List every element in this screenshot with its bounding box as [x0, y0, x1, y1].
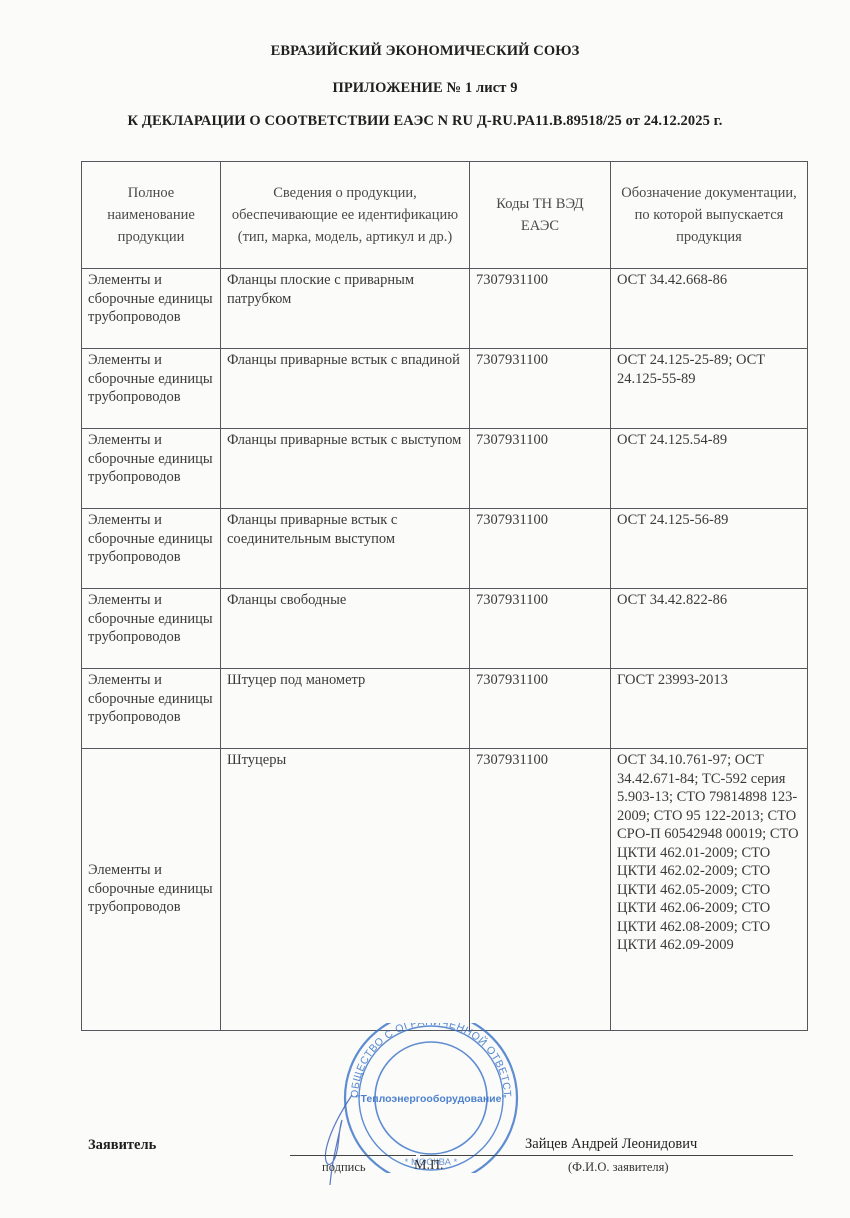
table-header-row: Полное наименование продукции Сведения о… [82, 162, 808, 269]
name-caption: (Ф.И.О. заявителя) [568, 1160, 669, 1175]
svg-text:"Теплоэнергооборудование": "Теплоэнергооборудование" [356, 1093, 507, 1105]
product-info: Фланцы приварные встык с выступом [221, 429, 470, 509]
product-name: Элементы и сборочные единицы трубопровод… [82, 269, 221, 349]
product-doc: ОСТ 24.125-56-89 [611, 509, 808, 589]
products-table: Полное наименование продукции Сведения о… [81, 161, 808, 1031]
product-name: Элементы и сборочные единицы трубопровод… [82, 749, 221, 1031]
product-name: Элементы и сборочные единицы трубопровод… [82, 509, 221, 589]
name-line [420, 1155, 793, 1156]
product-info: Штуцеры [221, 749, 470, 1031]
signature-line [290, 1155, 416, 1156]
product-doc: ОСТ 24.125.54-89 [611, 429, 808, 509]
table-row: Элементы и сборочные единицы трубопровод… [82, 349, 808, 429]
product-info: Фланцы приварные встык с впадиной [221, 349, 470, 429]
product-info: Фланцы свободные [221, 589, 470, 669]
product-code: 7307931100 [470, 349, 611, 429]
product-code: 7307931100 [470, 429, 611, 509]
product-code: 7307931100 [470, 509, 611, 589]
seal-caption: М.П. [414, 1158, 444, 1174]
product-name: Элементы и сборочные единицы трубопровод… [82, 589, 221, 669]
product-name: Элементы и сборочные единицы трубопровод… [82, 669, 221, 749]
column-header-code: Коды ТН ВЭД ЕАЭС [470, 162, 611, 269]
table-row: Элементы и сборочные единицы трубопровод… [82, 429, 808, 509]
product-code: 7307931100 [470, 749, 611, 1031]
declaration-page: ЕВРАЗИЙСКИЙ ЭКОНОМИЧЕСКИЙ СОЮЗ ПРИЛОЖЕНИ… [0, 0, 850, 1218]
column-header-name: Полное наименование продукции [82, 162, 221, 269]
applicant-name: Зайцев Андрей Леонидович [525, 1136, 697, 1153]
signature-icon [312, 1090, 372, 1190]
product-code: 7307931100 [470, 269, 611, 349]
table-row: Элементы и сборочные единицы трубопровод… [82, 509, 808, 589]
table-row: Элементы и сборочные единицы трубопровод… [82, 269, 808, 349]
product-code: 7307931100 [470, 589, 611, 669]
signature-caption: подпись [322, 1160, 366, 1175]
table-row: Элементы и сборочные единицы трубопровод… [82, 669, 808, 749]
product-info: Штуцер под манометр [221, 669, 470, 749]
table-row: Элементы и сборочные единицы трубопровод… [82, 749, 808, 1031]
appendix-title: ПРИЛОЖЕНИЕ № 1 лист 9 [0, 80, 850, 97]
applicant-label: Заявитель [88, 1137, 156, 1154]
product-code: 7307931100 [470, 669, 611, 749]
union-title: ЕВРАЗИЙСКИЙ ЭКОНОМИЧЕСКИЙ СОЮЗ [0, 43, 850, 60]
product-doc: ОСТ 34.10.761-97; ОСТ 34.42.671-84; ТС-5… [611, 749, 808, 1031]
column-header-doc: Обозначение документации, по которой вып… [611, 162, 808, 269]
product-name: Элементы и сборочные единицы трубопровод… [82, 349, 221, 429]
product-info: Фланцы приварные встык с соединительным … [221, 509, 470, 589]
table-row: Элементы и сборочные единицы трубопровод… [82, 589, 808, 669]
product-doc: ОСТ 34.42.668-86 [611, 269, 808, 349]
declaration-reference: К ДЕКЛАРАЦИИ О СООТВЕТСТВИИ ЕАЭС N RU Д-… [0, 113, 850, 130]
column-header-info: Сведения о продукции, обеспечивающие ее … [221, 162, 470, 269]
product-doc: ОСТ 34.42.822-86 [611, 589, 808, 669]
product-info: Фланцы плоские с приварным патрубком [221, 269, 470, 349]
product-name: Элементы и сборочные единицы трубопровод… [82, 429, 221, 509]
product-doc: ОСТ 24.125-25-89; ОСТ 24.125-55-89 [611, 349, 808, 429]
product-doc: ГОСТ 23993-2013 [611, 669, 808, 749]
